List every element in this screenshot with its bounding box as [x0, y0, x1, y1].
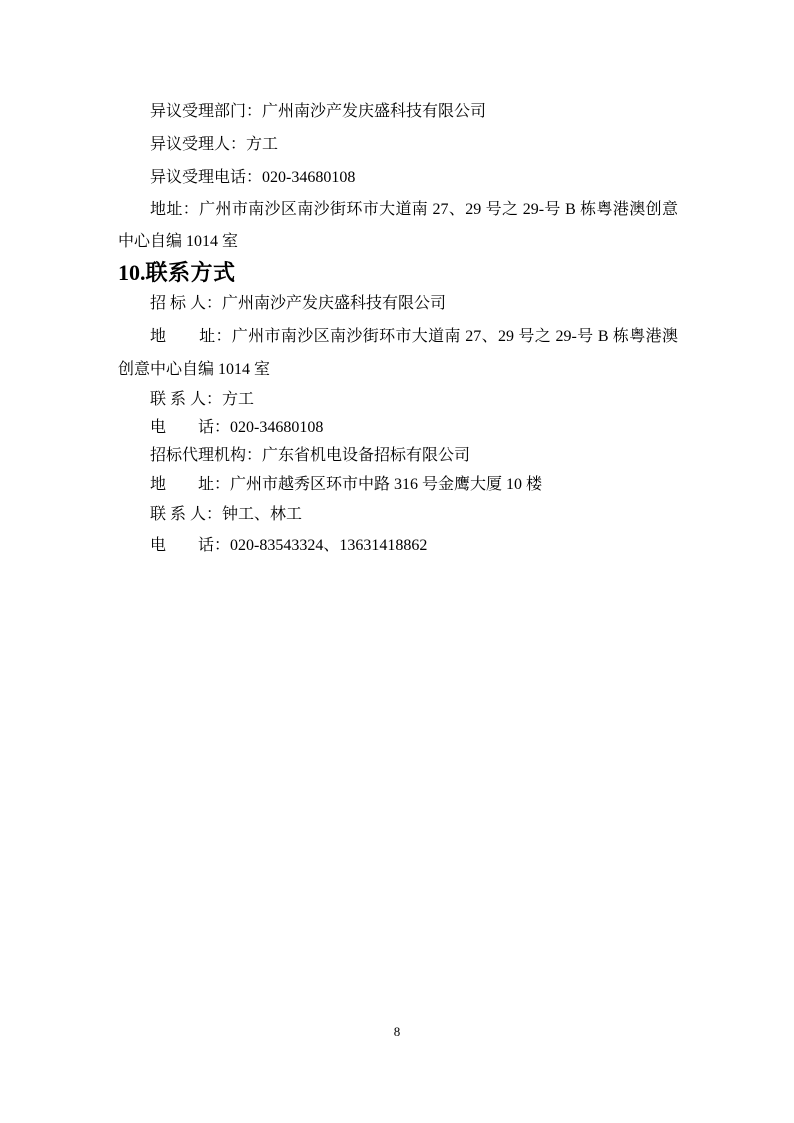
page-footer: 8 — [0, 1024, 794, 1040]
agency-line: 招标代理机构：广东省机电设备招标有限公司 — [118, 442, 678, 470]
tenderer-address-line: 地 址：广州市南沙区南沙街环市大道南 27、29 号之 29-号 B 栋粤港澳创… — [118, 320, 678, 386]
heading-title: 联系方式 — [146, 260, 236, 285]
objection-person-line: 异议受理人：方工 — [118, 128, 678, 161]
section-10-heading: 10.联系方式 — [118, 258, 678, 288]
agency-contact-line: 联 系 人：钟工、林工 — [118, 500, 678, 530]
document-page: 异议受理部门：广州南沙产发庆盛科技有限公司 异议受理人：方工 异议受理电话：02… — [0, 0, 794, 1123]
objection-department-line: 异议受理部门：广州南沙产发庆盛科技有限公司 — [118, 95, 678, 128]
page-content: 异议受理部门：广州南沙产发庆盛科技有限公司 异议受理人：方工 异议受理电话：02… — [118, 95, 678, 562]
tenderer-line: 招 标 人：广州南沙产发庆盛科技有限公司 — [118, 288, 678, 320]
agency-address-line: 地 址：广州市越秀区环市中路 316 号金鹰大厦 10 楼 — [118, 470, 678, 500]
page-number: 8 — [394, 1024, 401, 1039]
objection-address-line: 地址：广州市南沙区南沙街环市大道南 27、29 号之 29-号 B 栋粤港澳创意… — [118, 194, 678, 258]
tenderer-phone-line: 电 话：020-34680108 — [118, 414, 678, 442]
agency-phone-line: 电 话：020-83543324、13631418862 — [118, 530, 678, 562]
heading-number: 10. — [118, 260, 146, 285]
tenderer-contact-line: 联 系 人：方工 — [118, 386, 678, 414]
objection-phone-line: 异议受理电话：020-34680108 — [118, 161, 678, 194]
